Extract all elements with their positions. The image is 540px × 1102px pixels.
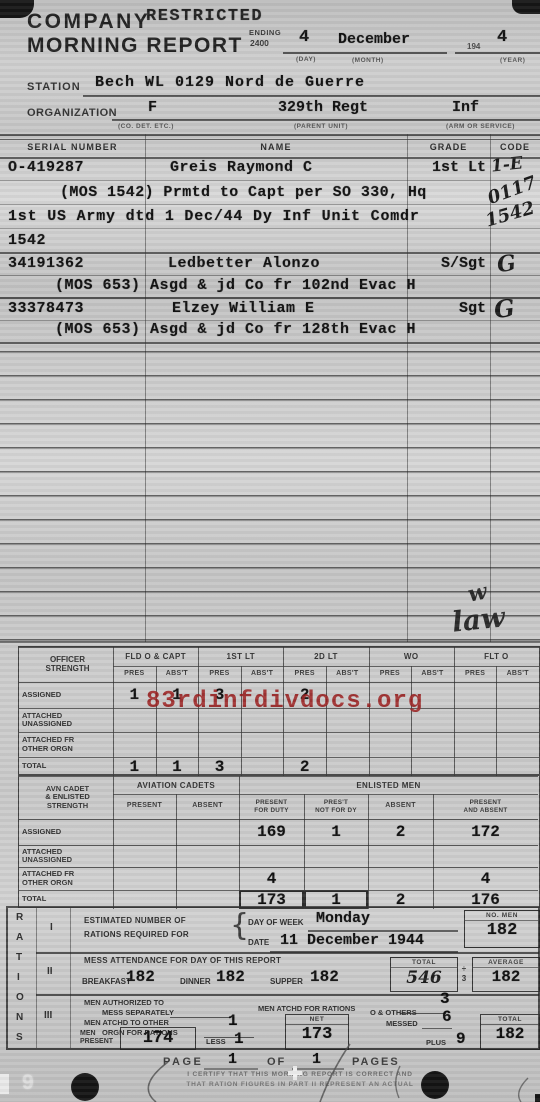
strength-row-label: ATTACHED UNASSIGNED <box>19 845 113 867</box>
atchd-rations-label: MEN ATCHD FOR RATIONS <box>258 1004 355 1013</box>
year-prefix: 194 <box>467 42 480 51</box>
date-month-value: December <box>338 31 410 48</box>
auth-mess-label2: MESS SEPARATELY <box>102 1008 174 1017</box>
average-box: AVERAGE 182 <box>472 957 540 992</box>
hole-punch-left <box>71 1073 99 1101</box>
certification-line2: THAT RATION FIGURES IN PART II REPRESENT… <box>140 1081 460 1088</box>
strength-cell: 1 <box>304 819 368 845</box>
ending-time: 2400 <box>250 38 269 48</box>
rations-numeral-3: III <box>44 1010 52 1021</box>
column-header: ABSENT <box>176 794 239 819</box>
strength-cell <box>496 682 539 708</box>
strength-cell <box>369 732 412 757</box>
strength-cell: 169 <box>239 819 304 845</box>
strength-cell <box>496 708 539 732</box>
parent-sublabel: (PARENT UNIT) <box>294 123 348 130</box>
roster-header-serial: SERIAL NUMBER <box>0 142 145 152</box>
dinner-value: 182 <box>216 968 245 986</box>
roster-grade: Sgt <box>408 300 486 317</box>
mess-total-box: TOTAL 546 <box>390 957 458 992</box>
roster-remark: (MOS 653) Asgd & jd Co fr 102nd Evac H <box>55 277 416 294</box>
restricted-stamp: RESTRICTED <box>146 7 263 26</box>
pres-header: PRES <box>369 666 412 682</box>
strength-cell: 172 <box>433 819 538 845</box>
plus-value: 9 <box>456 1030 466 1048</box>
roster-code-handwritten: 1-E <box>490 153 524 176</box>
strength-cell: 2 <box>368 819 433 845</box>
brace: { <box>230 908 249 943</box>
roster-header-grade: GRADE <box>407 142 490 152</box>
dinner-label: DINNER <box>180 977 211 986</box>
others-messed-value: 6 <box>442 1008 452 1026</box>
mess-total-value: 546 <box>391 968 457 988</box>
rations-numeral-1: I <box>50 922 53 933</box>
date-underline <box>283 52 447 54</box>
plus-label: PLUS <box>426 1038 446 1047</box>
roster-header-name: NAME <box>145 142 407 152</box>
strength-cell <box>326 732 369 757</box>
strength-row-label: ATTACHED FR OTHER ORGN <box>19 867 113 890</box>
officer-group-header: 2D LT <box>283 647 368 666</box>
roster-name: Elzey William E <box>172 300 315 317</box>
strength-cell <box>113 867 176 890</box>
strength-cell <box>411 732 454 757</box>
auth-mess-label1: MEN AUTHORIZED TO <box>84 998 164 1007</box>
net-label: NET <box>286 1015 348 1025</box>
roster-top-rule <box>0 134 540 136</box>
abst-header: ABS'T <box>156 666 199 682</box>
ending-label: ENDING <box>249 28 281 37</box>
roster-rule <box>0 320 540 321</box>
scan-corner-mark-top-right <box>512 0 540 14</box>
abst-header: ABS'T <box>496 666 539 682</box>
strength-row-label: ATTACHED UNASSIGNED <box>19 708 113 732</box>
roster-serial: 34191362 <box>8 255 84 272</box>
page-number: 1 <box>228 1051 237 1068</box>
strength-cell <box>176 867 239 890</box>
roster-rule <box>0 204 540 205</box>
date-underline2 <box>270 951 458 953</box>
rations-side-letter: S <box>16 1032 23 1043</box>
strength-cell <box>496 732 539 757</box>
report-title-line2: MORNING REPORT <box>27 34 243 58</box>
supper-value: 182 <box>310 968 339 986</box>
others-messed-label1: O & OTHERS <box>370 1008 417 1017</box>
strength-cell <box>369 757 412 776</box>
strength-row-label: ATTACHED FR OTHER ORGN <box>19 732 113 757</box>
strength-cell: 4 <box>433 867 538 890</box>
strength-cell: 1 <box>156 757 199 776</box>
roster-remark: 1542 <box>8 232 46 249</box>
rations-estimated-label2: RATIONS REQUIRED FOR <box>84 930 189 939</box>
rations-side-letter: N <box>16 1012 23 1023</box>
roster-remark: (MOS 653) Asgd & jd Co fr 128th Evac H <box>55 321 416 338</box>
abst-header: ABS'T <box>241 666 284 682</box>
strength-cell <box>241 757 284 776</box>
scan-mark-bottom-right <box>535 1094 540 1102</box>
men-present-box: 174 <box>120 1027 196 1050</box>
average-value: 182 <box>473 968 539 986</box>
pages-number: 1 <box>312 1051 321 1068</box>
rations-date-value: 11 December 1944 <box>280 932 424 949</box>
strength-cell <box>113 732 156 757</box>
roster-top-rule2 <box>0 139 540 140</box>
page-label: PAGE <box>163 1056 203 1068</box>
rations-estimated-label1: ESTIMATED NUMBER OF <box>84 916 186 925</box>
less-label: LESS <box>206 1037 226 1046</box>
year-sublabel: (YEAR) <box>500 57 525 64</box>
column-header: PRESENT <box>113 794 176 819</box>
mess-attendance-label: MESS ATTENDANCE FOR DAY OF THIS REPORT <box>84 956 281 965</box>
scan-edge-highlight <box>0 1074 9 1094</box>
strength-cell <box>113 819 176 845</box>
breakfast-label: BREAKFAST <box>82 977 131 986</box>
organization-label: ORGANIZATION <box>27 107 117 119</box>
officer-group-header: FLD O & CAPT <box>113 647 198 666</box>
column-header: PRESENT AND ABSENT <box>433 794 538 819</box>
supper-label: SUPPER <box>270 977 303 986</box>
report-title-line1: COMPANY <box>27 10 150 34</box>
officer-group-header: 1ST LT <box>198 647 283 666</box>
roster-rule <box>0 228 540 229</box>
strength-cell <box>304 845 368 867</box>
others-messed-label2: MESSED <box>386 1019 418 1028</box>
month-sublabel: (MONTH) <box>352 57 384 64</box>
column-header: ABSENT <box>368 794 433 819</box>
roster-header-code: CODE <box>490 142 540 152</box>
strength-cell <box>176 845 239 867</box>
station-underline <box>83 95 540 97</box>
rations-side-letter: R <box>16 912 23 923</box>
date-day-value: 4 <box>299 28 309 47</box>
corner-page-digit: 9 <box>22 1071 34 1095</box>
station-value: Bech WL 0129 Nord de Guerre <box>95 74 365 91</box>
divisor-note: ÷ 3 <box>459 964 469 983</box>
day-of-week-value: Monday <box>316 910 370 927</box>
roster-rule <box>0 275 540 276</box>
rations-total-label: TOTAL <box>481 1015 539 1025</box>
aviation-cadets-header: AVIATION CADETS <box>113 776 239 794</box>
scan-cursor-artifact <box>288 1066 302 1080</box>
men-present-value: 174 <box>143 1029 174 1048</box>
roster-name: Ledbetter Alonzo <box>168 255 320 272</box>
roster-bottom-rule <box>0 641 540 643</box>
rations-side-letter: T <box>16 952 22 963</box>
roster-remark: (MOS 1542) Prmtd to Capt per SO 330, Hq <box>60 184 427 201</box>
station-label: STATION <box>27 81 81 93</box>
year-underline <box>455 52 540 54</box>
pages-label: PAGES <box>352 1056 400 1068</box>
strength-row-label: TOTAL <box>19 757 113 776</box>
parent-unit-value: 329th Regt <box>278 99 368 116</box>
strength-cell: 3 <box>198 757 241 776</box>
roster-code-handwritten: G <box>495 250 517 278</box>
organization-value: F <box>148 99 157 116</box>
net-box: NET 173 <box>285 1014 349 1050</box>
average-label: AVERAGE <box>473 958 539 968</box>
strength-cell <box>433 845 538 867</box>
officer-group-header: WO <box>369 647 454 666</box>
enlisted-strength-header: AVN CADET & ENLISTED STRENGTH <box>19 776 113 819</box>
rations-side-letter: I <box>17 972 20 983</box>
atchd-other-value: 1 <box>228 1012 238 1030</box>
strength-cell: 2 <box>283 757 326 776</box>
roster-blank-lines <box>0 342 540 642</box>
site-watermark: 83rdinfdivdocs.org <box>146 688 423 715</box>
mess-total-label: TOTAL <box>391 958 457 968</box>
roster-serial: 33378473 <box>8 300 84 317</box>
rations-total-box: TOTAL 182 <box>480 1014 540 1050</box>
officer-strength-header: OFFICER STRENGTH <box>19 647 113 682</box>
rations-row-divider <box>36 994 539 996</box>
auth-mess-underline <box>170 1017 230 1018</box>
men-present-label: MEN PRESENT <box>80 1030 113 1047</box>
rations-side-letter: O <box>16 992 24 1003</box>
strength-cell <box>368 845 433 867</box>
abst-header: ABS'T <box>326 666 369 682</box>
column-header: PRES'T NOT FOR DY <box>304 794 368 819</box>
arm-service-value: Inf <box>452 99 479 116</box>
strength-cell <box>496 757 539 776</box>
clerk-signature-handwritten: law <box>450 600 506 638</box>
roster-rule <box>0 252 540 254</box>
roster-grade: S/Sgt <box>408 255 486 272</box>
roster-name: Greis Raymond C <box>170 159 313 176</box>
strength-cell <box>241 732 284 757</box>
roster-rule <box>0 297 540 299</box>
strength-cell <box>326 757 369 776</box>
pres-header: PRES <box>198 666 241 682</box>
strength-cell <box>239 845 304 867</box>
officer-group-header: FLT O <box>454 647 539 666</box>
hole-punch-right <box>421 1071 449 1099</box>
strength-row-label: ASSIGNED <box>19 682 113 708</box>
strength-cell: 4 <box>239 867 304 890</box>
pres-header: PRES <box>113 666 156 682</box>
rations-numeral-2: II <box>47 966 53 977</box>
strength-cell <box>113 845 176 867</box>
strength-cell <box>411 757 454 776</box>
rations-letter-divider <box>36 908 37 1048</box>
strength-cell: 1 <box>113 757 156 776</box>
breakfast-value: 182 <box>126 968 155 986</box>
column-header: PRESENT FOR DUTY <box>239 794 304 819</box>
date-year-value: 4 <box>497 28 507 47</box>
arm-sublabel: (ARM OR SERVICE) <box>446 123 515 130</box>
no-men-label: NO. MEN <box>465 911 539 921</box>
atchd-rations-value: 3 <box>440 990 450 1008</box>
roster-serial: O-419287 <box>8 159 84 176</box>
strength-cell <box>454 682 497 708</box>
net-value: 173 <box>286 1025 348 1044</box>
strength-cell <box>198 732 241 757</box>
rations-section: R A T I O N S I II III ESTIMATED NUMBER … <box>6 906 540 1050</box>
strength-cell <box>176 819 239 845</box>
rations-total-value: 182 <box>481 1025 539 1043</box>
abst-header: ABS'T <box>411 666 454 682</box>
morning-report-scan: COMPANY MORNING REPORT RESTRICTED ENDING… <box>0 0 540 1102</box>
others-messed-underline <box>422 1028 452 1029</box>
roster-grade: 1st Lt <box>408 159 486 176</box>
org-sublabel: (CO. DET. ETC.) <box>118 123 174 130</box>
day-sublabel: (DAY) <box>296 56 316 63</box>
strength-cell <box>368 867 433 890</box>
enlisted-men-header: ENLISTED MEN <box>239 776 538 794</box>
strength-row-label: ASSIGNED <box>19 819 113 845</box>
date-label: DATE <box>248 938 269 947</box>
rations-side-letter: A <box>16 932 23 943</box>
strength-cell <box>454 708 497 732</box>
roster-rule <box>0 180 540 181</box>
strength-cell <box>454 732 497 757</box>
less-value: 1 <box>234 1030 244 1048</box>
atchd-other-label1: MEN ATCHD TO OTHER <box>84 1018 169 1027</box>
organization-underline <box>112 119 540 121</box>
strength-cell <box>156 732 199 757</box>
rations-numeral-divider <box>70 908 71 1048</box>
strength-cell <box>454 757 497 776</box>
enlisted-strength-table: AVN CADET & ENLISTED STRENGTH AVIATION C… <box>18 775 540 908</box>
strength-cell <box>304 867 368 890</box>
pres-header: PRES <box>283 666 326 682</box>
no-men-box: NO. MEN 182 <box>464 910 540 948</box>
page-underline <box>204 1068 258 1070</box>
roster-remark: 1st US Army dtd 1 Dec/44 Dy Inf Unit Com… <box>8 208 420 225</box>
day-of-week-label: DAY OF WEEK <box>248 918 304 927</box>
pres-header: PRES <box>454 666 497 682</box>
strength-cell <box>283 732 326 757</box>
no-men-value: 182 <box>465 921 539 940</box>
of-label: OF <box>267 1056 286 1068</box>
